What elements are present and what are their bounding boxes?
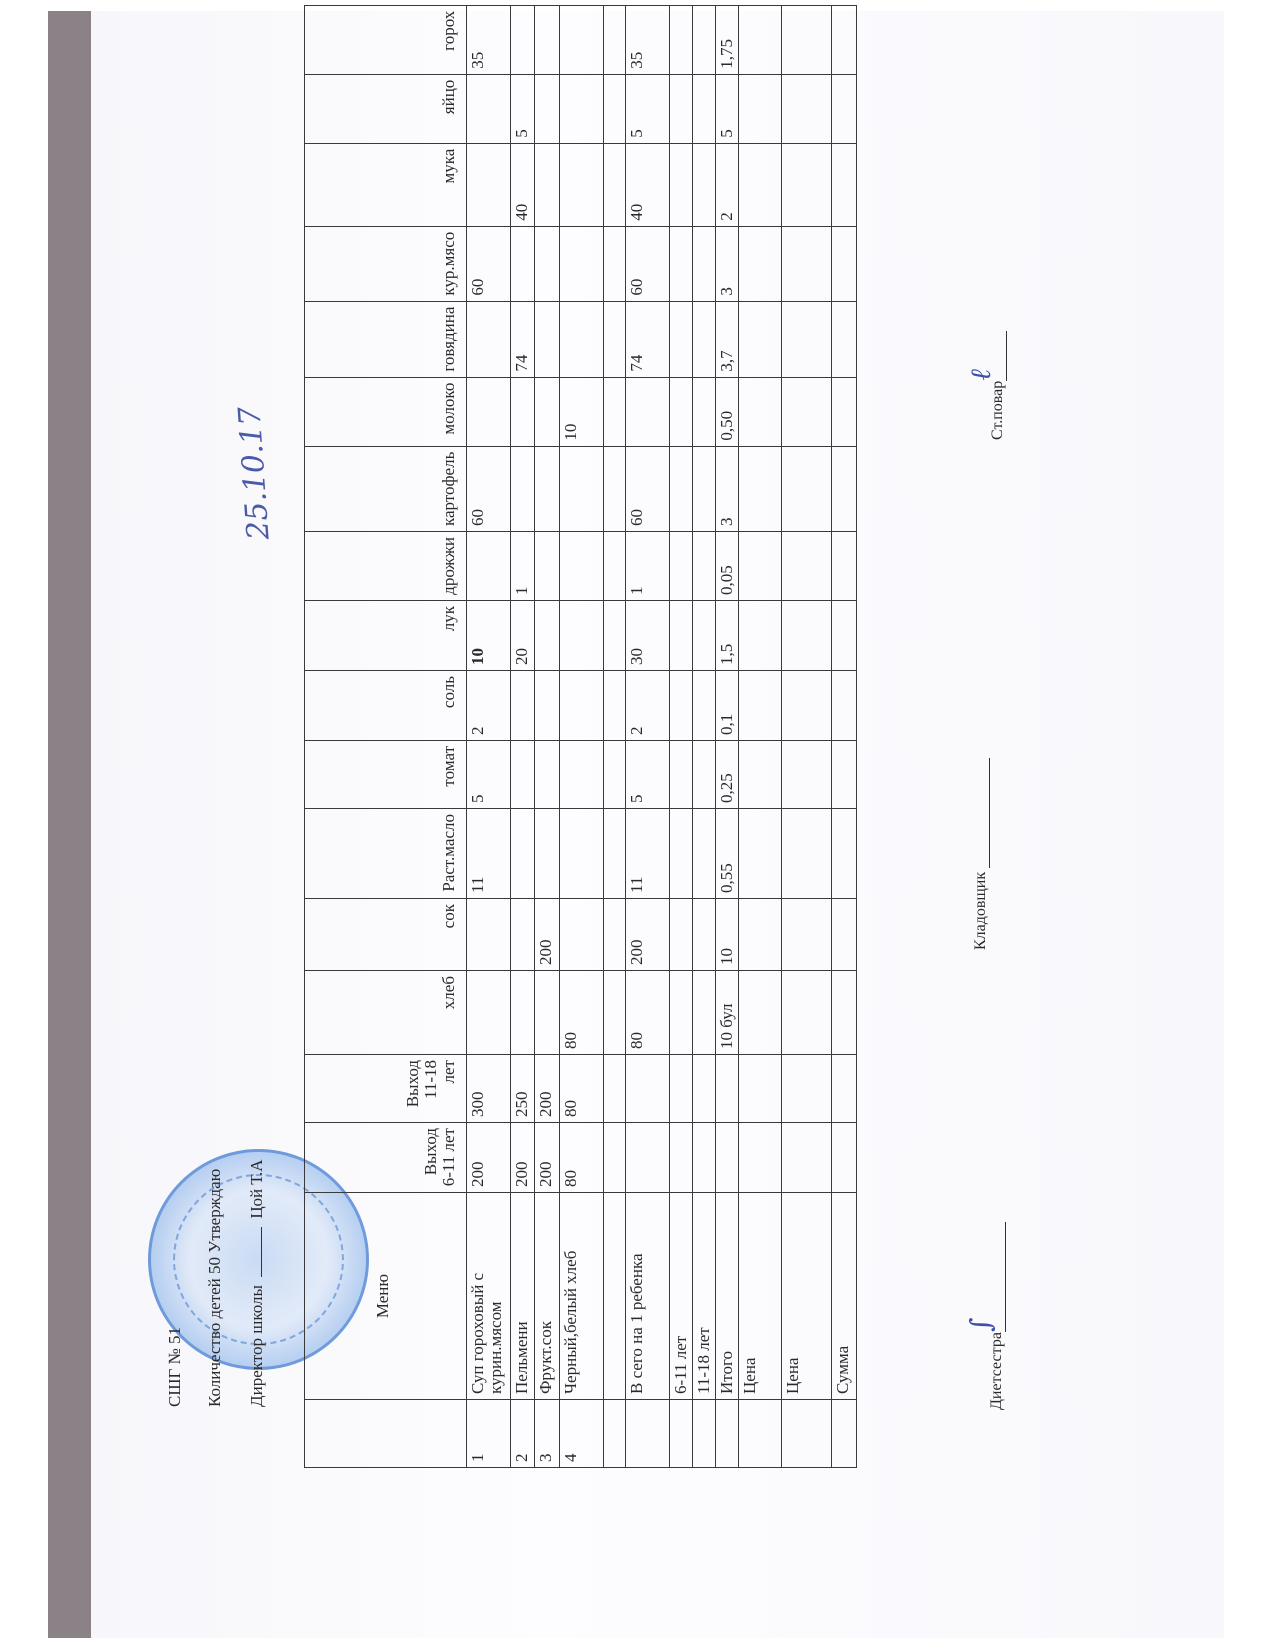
row-number: [832, 1400, 857, 1468]
table-cell: [535, 809, 560, 899]
table-cell: [716, 1055, 739, 1123]
table-cell: [693, 532, 716, 601]
row-label: 11-18 лет: [693, 1193, 716, 1400]
table-cell: [535, 377, 560, 446]
table-cell: [511, 5, 535, 74]
table-cell: [604, 446, 626, 531]
table-cell: [670, 301, 693, 377]
table-cell: [782, 1055, 832, 1123]
column-header: картофель: [305, 446, 467, 531]
director-line: Директор школы Цой Т.А: [247, 1159, 267, 1407]
table-cell: [670, 741, 693, 809]
column-header: дрожжи: [305, 532, 467, 601]
table-cell: 60: [467, 226, 511, 301]
table-cell: [560, 5, 604, 74]
table-cell: [604, 74, 626, 143]
table-row: 2Пельмени20025020174405: [511, 5, 535, 1467]
table-cell: 5: [511, 74, 535, 143]
table-cell: 2: [467, 671, 511, 741]
column-header: [305, 1400, 467, 1468]
table-cell: [670, 809, 693, 899]
table-cell: [693, 5, 716, 74]
table-cell: [693, 671, 716, 741]
table-cell: 60: [626, 446, 670, 531]
table-cell: [739, 5, 782, 74]
dietitian-label: Диетсестра: [988, 1332, 1005, 1410]
table-cell: [782, 226, 832, 301]
table-row: Итого10 бул100,550,250,11,50,0530,503,73…: [716, 5, 739, 1467]
table-cell: [511, 899, 535, 971]
table-cell: [782, 741, 832, 809]
table-cell: [693, 899, 716, 971]
table-cell: [782, 143, 832, 226]
children-count-value: 50: [205, 1257, 224, 1274]
table-cell: 200: [626, 899, 670, 971]
table-cell: [739, 74, 782, 143]
column-header: Выход 11-18 лет: [305, 1055, 467, 1123]
column-header: кур.мясо: [305, 226, 467, 301]
table-cell: [693, 446, 716, 531]
table-cell: 40: [511, 143, 535, 226]
table-cell: [832, 899, 857, 971]
handwritten-date: 25.10.17: [232, 405, 276, 541]
table-cell: 0,05: [716, 532, 739, 601]
table-cell: [535, 741, 560, 809]
table-cell: [693, 971, 716, 1055]
table-cell: [670, 74, 693, 143]
row-number: [670, 1400, 693, 1468]
table-cell: [670, 446, 693, 531]
table-cell: 200: [535, 899, 560, 971]
table-cell: 1: [511, 532, 535, 601]
table-cell: 200: [467, 1123, 511, 1193]
table-cell: 200: [511, 1123, 535, 1193]
row-number: [604, 1400, 626, 1468]
table-cell: [604, 809, 626, 899]
table-cell: [670, 899, 693, 971]
document-page: СШГ № 51 Количество детей 50 Утверждаю Д…: [0, 0, 1275, 1650]
table-cell: 11: [626, 809, 670, 899]
table-cell: [782, 601, 832, 671]
table-cell: [560, 143, 604, 226]
table-row: 4Черный,белый хлеб80808010: [560, 5, 604, 1467]
table-cell: [670, 143, 693, 226]
table-cell: [693, 741, 716, 809]
table-cell: [560, 446, 604, 531]
row-number: [626, 1400, 670, 1468]
storekeeper-signature-line: [989, 758, 990, 868]
table-cell: 10 бул: [716, 971, 739, 1055]
table-row: Цена: [782, 5, 832, 1467]
table-cell: 0,1: [716, 671, 739, 741]
table-cell: [693, 143, 716, 226]
table-cell: [467, 143, 511, 226]
table-cell: 35: [626, 5, 670, 74]
table-cell: [693, 1123, 716, 1193]
table-cell: [535, 74, 560, 143]
row-label: Суп гороховый с курин.мясом: [467, 1193, 511, 1400]
table-cell: [467, 532, 511, 601]
table-cell: [739, 301, 782, 377]
table-cell: [604, 971, 626, 1055]
table-cell: [832, 741, 857, 809]
table-cell: 2: [626, 671, 670, 741]
table-cell: [560, 671, 604, 741]
column-header: сок: [305, 899, 467, 971]
table-cell: [670, 5, 693, 74]
column-header: лук: [305, 601, 467, 671]
table-cell: [693, 601, 716, 671]
table-row: 1Суп гороховый с курин.мясом200300115210…: [467, 5, 511, 1467]
table-cell: [832, 5, 857, 74]
children-count-label: Количество детей: [205, 1278, 224, 1407]
column-header: молоко: [305, 377, 467, 446]
row-number: 1: [467, 1400, 511, 1468]
table-cell: [832, 971, 857, 1055]
chef-signature-line: ℓ: [972, 331, 1007, 381]
table-cell: [535, 143, 560, 226]
row-label: Итого: [716, 1193, 739, 1400]
dietitian-signature-line: ∫: [972, 1222, 1006, 1332]
table-cell: [782, 809, 832, 899]
row-label: Черный,белый хлеб: [560, 1193, 604, 1400]
row-number: 4: [560, 1400, 604, 1468]
table-cell: [626, 377, 670, 446]
table-cell: [782, 532, 832, 601]
table-cell: 300: [467, 1055, 511, 1123]
table-cell: [739, 671, 782, 741]
table-cell: 1,5: [716, 601, 739, 671]
table-cell: [511, 971, 535, 1055]
table-cell: 74: [511, 301, 535, 377]
dietitian-signature-mark: ∫: [964, 1317, 997, 1332]
table-cell: [467, 377, 511, 446]
table-cell: 1: [626, 532, 670, 601]
table-cell: [739, 971, 782, 1055]
column-header: Раст.масло: [305, 809, 467, 899]
row-number: [782, 1400, 832, 1468]
table-cell: [739, 377, 782, 446]
table-cell: 60: [467, 446, 511, 531]
table-cell: [782, 301, 832, 377]
row-label: Пельмени: [511, 1193, 535, 1400]
table-row: В сего на 1 ребенка802001152301607460405…: [626, 5, 670, 1467]
table-header-row: МенюВыход 6-11 летВыход 11-18 летхлебсок…: [305, 5, 467, 1467]
table-cell: [739, 601, 782, 671]
table-cell: [670, 226, 693, 301]
table-cell: [604, 226, 626, 301]
table-row: 6-11 лет: [670, 5, 693, 1467]
row-label: [604, 1193, 626, 1400]
table-cell: 3: [716, 226, 739, 301]
table-cell: 20: [511, 601, 535, 671]
row-label: Цена: [782, 1193, 832, 1400]
menu-table: МенюВыход 6-11 летВыход 11-18 летхлебсок…: [304, 5, 857, 1468]
table-cell: [560, 532, 604, 601]
table-cell: [604, 301, 626, 377]
table-cell: [467, 301, 511, 377]
row-label: Цена: [739, 1193, 782, 1400]
table-cell: [739, 226, 782, 301]
table-cell: [467, 971, 511, 1055]
table-cell: [604, 1055, 626, 1123]
table-cell: 0,55: [716, 809, 739, 899]
table-cell: 5: [626, 74, 670, 143]
table-cell: [670, 971, 693, 1055]
chef-label: Ст.повар: [989, 381, 1006, 440]
table-cell: 40: [626, 143, 670, 226]
table-cell: [511, 377, 535, 446]
table-cell: [693, 226, 716, 301]
table-cell: [560, 741, 604, 809]
column-header: томат: [305, 741, 467, 809]
table-cell: [782, 671, 832, 741]
table-cell: [832, 671, 857, 741]
table-cell: [511, 741, 535, 809]
table-cell: 80: [626, 971, 670, 1055]
table-cell: [535, 671, 560, 741]
table-cell: [604, 377, 626, 446]
table-cell: [670, 601, 693, 671]
table-cell: [560, 601, 604, 671]
table-cell: 11: [467, 809, 511, 899]
table-cell: [832, 377, 857, 446]
table-cell: 80: [560, 971, 604, 1055]
table-cell: 2: [716, 143, 739, 226]
row-number: 2: [511, 1400, 535, 1468]
table-cell: 10: [467, 601, 511, 671]
chef-signature-mark: ℓ: [964, 369, 997, 381]
table-cell: [511, 446, 535, 531]
table-cell: 5: [716, 74, 739, 143]
table-cell: [739, 1055, 782, 1123]
row-number: [693, 1400, 716, 1468]
table-cell: [739, 809, 782, 899]
table-cell: [604, 532, 626, 601]
table-cell: [832, 1123, 857, 1193]
table-cell: [832, 143, 857, 226]
table-cell: [604, 143, 626, 226]
table-cell: 3,7: [716, 301, 739, 377]
table-cell: [511, 226, 535, 301]
table-cell: [535, 446, 560, 531]
school-name: СШГ № 51: [165, 1327, 184, 1407]
column-header: мука: [305, 143, 467, 226]
table-cell: [670, 671, 693, 741]
table-cell: [535, 226, 560, 301]
table-cell: [782, 377, 832, 446]
table-cell: [832, 601, 857, 671]
dietitian-signature: Диетсестра∫: [972, 1222, 1006, 1410]
table-cell: [782, 899, 832, 971]
table-cell: [535, 5, 560, 74]
table-cell: 0,50: [716, 377, 739, 446]
table-cell: [832, 446, 857, 531]
row-number: 3: [535, 1400, 560, 1468]
table-row: Цена: [739, 5, 782, 1467]
table-cell: [670, 1123, 693, 1193]
table-cell: 0,25: [716, 741, 739, 809]
table-cell: [604, 5, 626, 74]
table-cell: [604, 601, 626, 671]
table-cell: [832, 809, 857, 899]
table-row: [604, 5, 626, 1467]
table-cell: [693, 301, 716, 377]
table-cell: [626, 1055, 670, 1123]
table-cell: 60: [626, 226, 670, 301]
table-cell: 5: [467, 741, 511, 809]
table-row: 3Фрукт.сок200200200: [535, 5, 560, 1467]
table-cell: [739, 143, 782, 226]
table-cell: [716, 1123, 739, 1193]
table-cell: [535, 301, 560, 377]
children-count-line: Количество детей 50 Утверждаю: [205, 1169, 225, 1407]
table-cell: [560, 301, 604, 377]
table-cell: [739, 741, 782, 809]
column-header: говядина: [305, 301, 467, 377]
column-header: Меню: [305, 1193, 467, 1400]
table-cell: [693, 377, 716, 446]
director-name: Цой Т.А: [247, 1159, 266, 1218]
row-label: В сего на 1 ребенка: [626, 1193, 670, 1400]
row-number: [716, 1400, 739, 1468]
storekeeper-signature: Кладовщик: [972, 758, 990, 950]
table-cell: [739, 899, 782, 971]
table-cell: [832, 301, 857, 377]
table-cell: 200: [535, 1123, 560, 1193]
school-title: СШГ № 51: [165, 1327, 185, 1407]
table-cell: [739, 532, 782, 601]
table-row: Сумма: [832, 5, 857, 1467]
table-cell: [560, 74, 604, 143]
row-label: Сумма: [832, 1193, 857, 1400]
table-cell: [832, 74, 857, 143]
table-cell: [693, 1055, 716, 1123]
table-cell: [670, 532, 693, 601]
table-cell: [511, 671, 535, 741]
table-cell: 80: [560, 1123, 604, 1193]
storekeeper-label: Кладовщик: [972, 872, 989, 950]
column-header: Выход 6-11 лет: [305, 1123, 467, 1193]
row-label: 6-11 лет: [670, 1193, 693, 1400]
table-cell: [739, 1123, 782, 1193]
table-cell: 30: [626, 601, 670, 671]
table-cell: [467, 74, 511, 143]
table-cell: [782, 446, 832, 531]
table-cell: 10: [716, 899, 739, 971]
row-label: Фрукт.сок: [535, 1193, 560, 1400]
table-cell: [604, 899, 626, 971]
table-cell: [782, 1123, 832, 1193]
table-cell: [782, 971, 832, 1055]
table-cell: [693, 74, 716, 143]
director-label: Директор школы: [247, 1285, 266, 1407]
table-cell: [535, 971, 560, 1055]
table-cell: [832, 226, 857, 301]
column-header: хлеб: [305, 971, 467, 1055]
column-header: соль: [305, 671, 467, 741]
table-cell: [832, 1055, 857, 1123]
table-cell: 80: [560, 1055, 604, 1123]
row-number: [739, 1400, 782, 1468]
table-cell: 5: [626, 741, 670, 809]
table-cell: 35: [467, 5, 511, 74]
table-cell: [560, 899, 604, 971]
table-cell: [782, 5, 832, 74]
table-cell: [535, 532, 560, 601]
table-cell: [467, 899, 511, 971]
chef-signature: Ст.поварℓ: [972, 331, 1007, 440]
table-cell: [604, 1123, 626, 1193]
table-cell: [670, 1055, 693, 1123]
table-cell: 200: [535, 1055, 560, 1123]
table-cell: 10: [560, 377, 604, 446]
table-cell: [626, 1123, 670, 1193]
column-header: яйцо: [305, 74, 467, 143]
table-cell: 74: [626, 301, 670, 377]
table-cell: [782, 74, 832, 143]
table-cell: [604, 741, 626, 809]
approve-label: Утверждаю: [205, 1169, 224, 1253]
table-cell: 1,75: [716, 5, 739, 74]
table-cell: 250: [511, 1055, 535, 1123]
table-cell: [604, 671, 626, 741]
table-cell: [832, 532, 857, 601]
table-cell: [511, 809, 535, 899]
table-cell: [693, 809, 716, 899]
table-cell: [535, 601, 560, 671]
table-cell: [670, 377, 693, 446]
director-signature-line: [261, 1227, 262, 1277]
table-row: 11-18 лет: [693, 5, 716, 1467]
table-cell: 3: [716, 446, 739, 531]
table-cell: [739, 446, 782, 531]
table-cell: [560, 809, 604, 899]
column-header: горох: [305, 5, 467, 74]
table-cell: [560, 226, 604, 301]
